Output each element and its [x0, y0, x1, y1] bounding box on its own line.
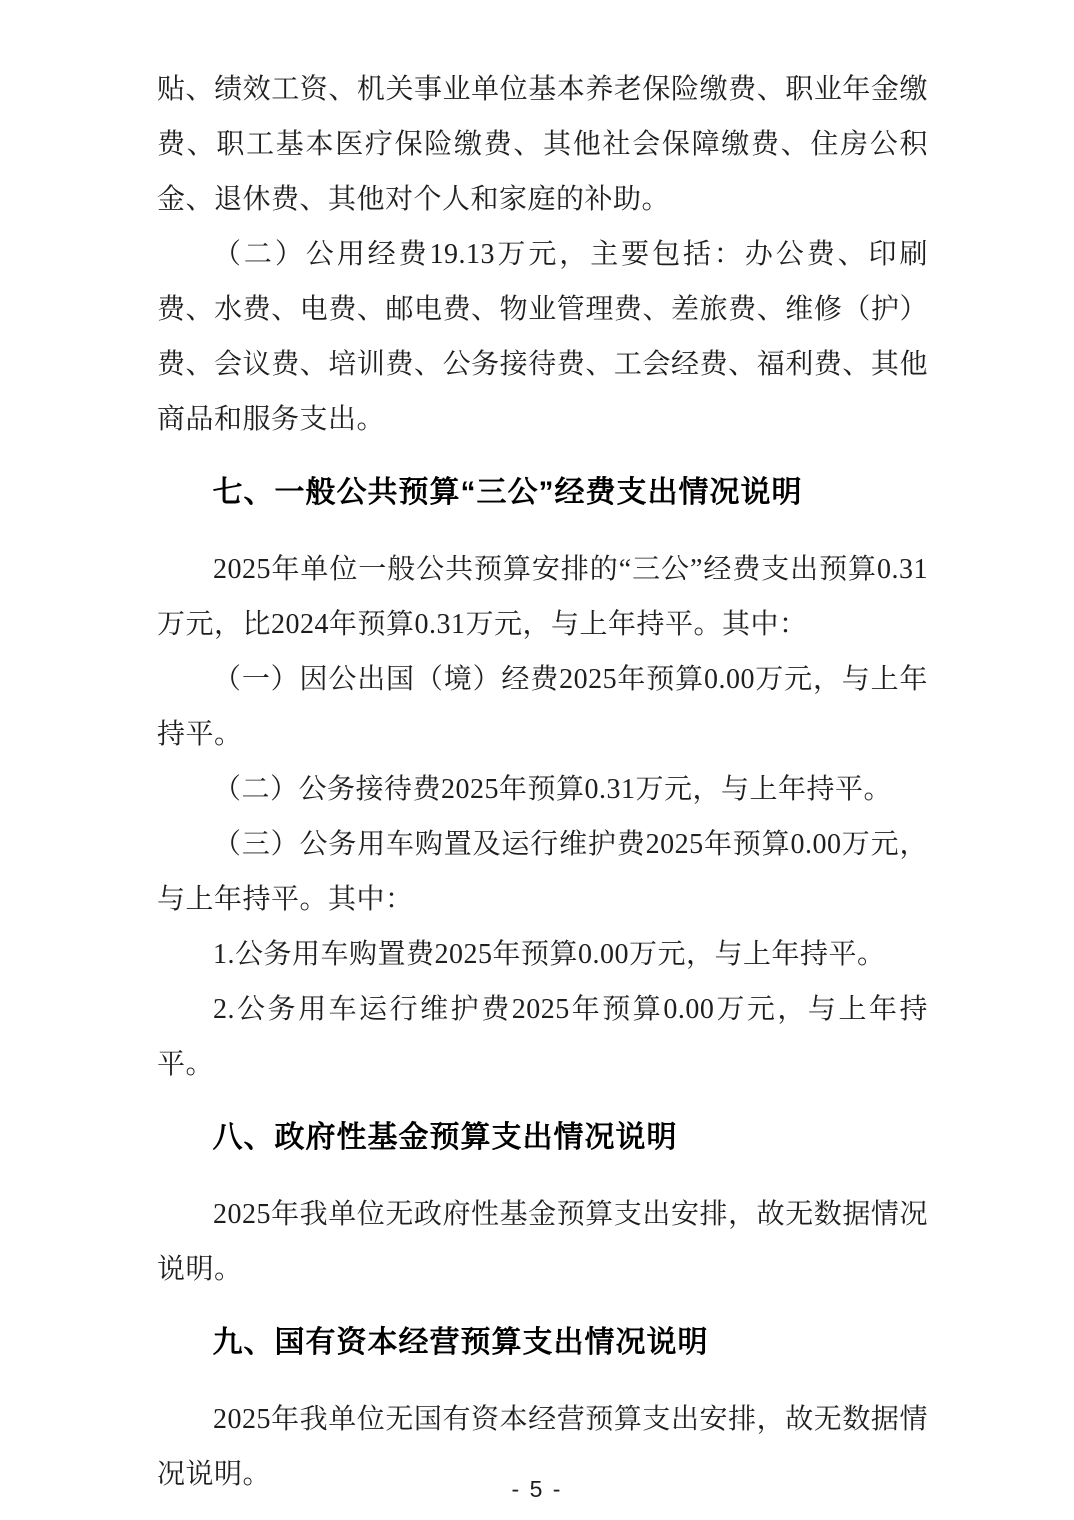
paragraph-abroad-expense: （一）因公出国（境）经费2025年预算0.00万元，与上年持平。 — [157, 652, 928, 762]
section-heading-nine-state-capital: 九、国有资本经营预算支出情况说明 — [157, 1315, 928, 1370]
page-number: - 5 - — [0, 1476, 1074, 1503]
paragraph-public-funds: （二）公用经费19.13万元，主要包括：办公费、印刷费、水费、电费、邮电费、物业… — [157, 227, 928, 447]
paragraph-personnel-continuation: 贴、绩效工资、机关事业单位基本养老保险缴费、职业年金缴费、职工基本医疗保险缴费、… — [157, 62, 928, 227]
paragraph-vehicle-purchase: 1.公务用车购置费2025年预算0.00万元，与上年持平。 — [157, 927, 928, 982]
paragraph-sangong-total: 2025年单位一般公共预算安排的“三公”经费支出预算0.31万元，比2024年预… — [157, 542, 928, 652]
section-heading-seven-sangong-expense: 七、一般公共预算“三公”经费支出情况说明 — [157, 465, 928, 520]
paragraph-vehicle-total: （三）公务用车购置及运行维护费2025年预算0.00万元，与上年持平。其中： — [157, 817, 928, 927]
paragraph-vehicle-operation: 2.公务用车运行维护费2025年预算0.00万元，与上年持平。 — [157, 982, 928, 1092]
document-page: 贴、绩效工资、机关事业单位基本养老保险缴费、职业年金缴费、职工基本医疗保险缴费、… — [0, 0, 1074, 1520]
section-heading-eight-gov-fund: 八、政府性基金预算支出情况说明 — [157, 1110, 928, 1165]
paragraph-official-reception: （二）公务接待费2025年预算0.31万元，与上年持平。 — [157, 762, 928, 817]
paragraph-gov-fund: 2025年我单位无政府性基金预算支出安排，故无数据情况说明。 — [157, 1187, 928, 1297]
